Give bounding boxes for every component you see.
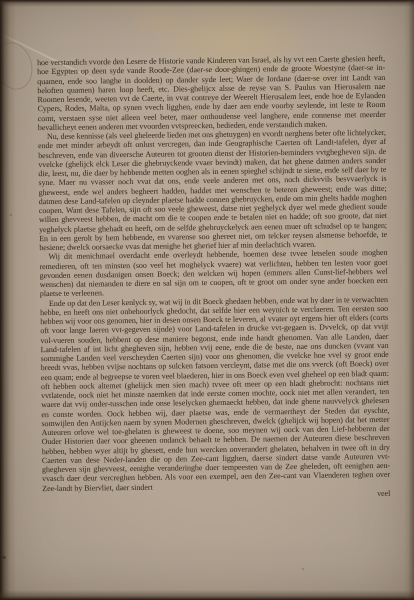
page-text-block: hoe verstandich vvorde den Lesere de His… — [37, 54, 391, 554]
paragraph: Wij dit menichmael overdacht ende overle… — [39, 248, 388, 298]
page-edge-left — [0, 0, 16, 600]
book-page-photo: hoe verstandich vvorde den Lesere de His… — [0, 0, 414, 600]
ink-speck — [2, 556, 6, 559]
embossed-stamp — [0, 38, 37, 93]
ink-speck — [302, 568, 304, 570]
paragraph: Ende op dat den Leser kenlyck sy, wat wi… — [40, 294, 390, 492]
page-edge-top — [0, 0, 414, 7]
page-edge-right — [404, 0, 414, 600]
paragraph: Nu, dese kennisse (als veel gheleerde li… — [38, 128, 387, 252]
paragraph-continuation: hoe verstandich vvorde den Lesere de His… — [37, 54, 386, 132]
ink-speck — [10, 214, 12, 216]
page-edge-bottom — [0, 590, 414, 600]
